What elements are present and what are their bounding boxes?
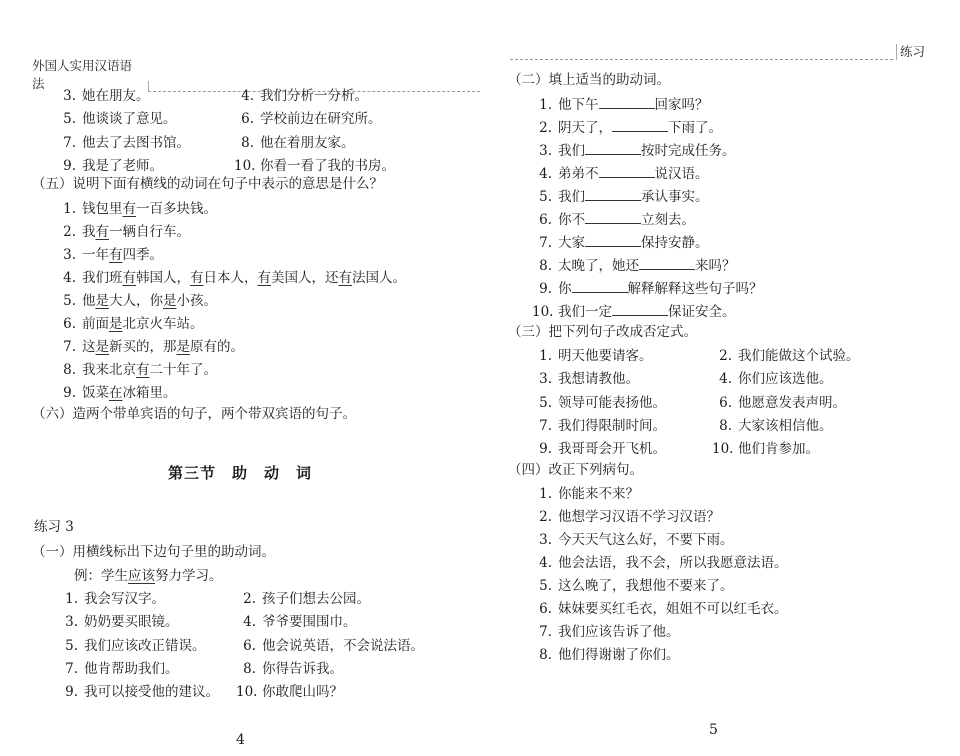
list-item: 9.我是了老师。 — [56, 156, 163, 176]
text-segment: 大家 — [558, 235, 585, 251]
list-item: 8.你得告诉我。 — [236, 659, 343, 679]
item-number: 3. — [56, 245, 76, 265]
running-head: 练习 — [510, 44, 925, 60]
item-number: 9. — [56, 383, 76, 403]
item-number: 7. — [56, 133, 76, 153]
text-segment: 按时完成任务。 — [641, 143, 736, 159]
text-segment: 承认事实。 — [641, 189, 709, 205]
item-number: 3. — [56, 86, 76, 106]
part5-heading: （五）说明下面有横线的动词在句子中表示的意思是什么？ — [32, 174, 383, 194]
list-item: 6.妹妹要买红毛衣，姐姐不可以红毛衣。 — [532, 599, 788, 619]
page-number: 5 — [709, 722, 718, 738]
list-item: 9.我可以接受他的建议。 — [58, 682, 219, 702]
section-title: 第三节 助 动 词 — [0, 462, 480, 483]
fill-in-blank — [612, 117, 668, 132]
item-text: 我哥哥会开飞机。 — [558, 441, 666, 457]
item-text: 你得告诉我。 — [262, 661, 343, 677]
item-number: 9. — [56, 156, 76, 176]
list-item: 4.他会法语，我不会，所以我愿意法语。 — [532, 553, 788, 573]
underlined-word: 在 — [109, 385, 123, 401]
underlined-word: 是 — [177, 339, 191, 355]
list-item: 8.我来北京有二十年了。 — [56, 360, 217, 380]
text-segment: 解释解释这些句子吗？ — [628, 281, 763, 297]
text-segment: 日本人， — [204, 270, 258, 286]
list-item: 8.他在着朋友家。 — [234, 133, 355, 153]
item-number: 2. — [532, 118, 552, 138]
ex2-heading: （二）填上适当的助动词。 — [508, 70, 670, 90]
underlined-word: 是 — [96, 339, 110, 355]
fill-in-blank — [599, 94, 655, 109]
item-number: 7. — [56, 337, 76, 357]
item-number: 4. — [532, 164, 552, 184]
part6-heading: （六）造两个带单宾语的句子，两个带双宾语的句子。 — [32, 404, 356, 424]
list-item: 7.大家保持安静。 — [532, 232, 709, 253]
list-item: 6.他愿意发表声明。 — [712, 393, 846, 413]
text-segment: 他下午 — [558, 97, 599, 113]
text-segment: 这 — [82, 339, 96, 355]
item-number: 3. — [532, 530, 552, 550]
text-segment: 我来北京 — [82, 362, 136, 378]
text-segment: 我们一定 — [558, 304, 612, 320]
item-number: 9. — [58, 682, 78, 702]
list-item: 10.我们一定保证安全。 — [532, 301, 736, 322]
item-number: 10. — [234, 156, 254, 176]
list-item: 10.他们肯参加。 — [712, 439, 819, 459]
text-segment: 我们 — [558, 143, 585, 159]
text-segment: 一辆自行车。 — [109, 224, 190, 240]
text-segment: 北京火车站。 — [123, 316, 204, 332]
list-item: 4.我们班有韩国人，有日本人，有美国人，还有法国人。 — [56, 268, 406, 288]
text-segment: 弟弟不 — [558, 166, 599, 182]
item-text: 明天他要请客。 — [558, 348, 653, 364]
item-text: 爷爷要围围巾。 — [262, 614, 357, 630]
item-text: 领导可能表扬他。 — [558, 395, 666, 411]
right-page: 练习 （二）填上适当的助动词。 1.他下午回家吗？2.阴天了，下雨了。3.我们按… — [480, 0, 960, 756]
list-item: 1.钱包里有一百多块钱。 — [56, 199, 217, 219]
underlined-word: 有 — [96, 224, 110, 240]
text-segment: 保证安全。 — [668, 304, 736, 320]
text-segment: 二十年了。 — [150, 362, 218, 378]
item-number: 2. — [532, 507, 552, 527]
item-number: 6. — [234, 109, 254, 129]
item-number: 6. — [532, 599, 552, 619]
ex1-example: 例：学生应该努力学习。 — [74, 566, 223, 586]
text-segment: 你不 — [558, 212, 585, 228]
list-item: 1.明天他要请客。 — [532, 346, 653, 366]
item-number: 6. — [236, 636, 256, 656]
list-item: 6.他会说英语，不会说法语。 — [236, 636, 424, 656]
text-segment: 来吗？ — [695, 258, 736, 274]
left-page: 外国人实用汉语语法 3.她在朋友。4.我们分析一分析。5.他谈谈了意见。6.学校… — [0, 0, 480, 756]
list-item: 9.饭菜在冰箱里。 — [56, 383, 177, 403]
item-text: 他想学习汉语不学习汉语？ — [558, 509, 720, 525]
item-number: 10. — [532, 302, 552, 322]
underlined-word: 是 — [109, 316, 123, 332]
item-number: 5. — [56, 291, 76, 311]
text-segment: 说汉语。 — [655, 166, 709, 182]
text-segment: 他 — [82, 293, 96, 309]
item-text: 他们肯参加。 — [738, 441, 819, 457]
underlined-word: 是 — [163, 293, 177, 309]
list-item: 1.他下午回家吗？ — [532, 94, 709, 115]
fill-in-blank — [599, 163, 655, 178]
text-segment: 美国人，还 — [271, 270, 339, 286]
text-segment: 下雨了。 — [668, 120, 722, 136]
list-item: 6.学校前边在研究所。 — [234, 109, 382, 129]
item-number: 8. — [234, 133, 254, 153]
item-number: 6. — [712, 393, 732, 413]
list-item: 3.一年有四季。 — [56, 245, 163, 265]
text-segment: 原有的。 — [190, 339, 244, 355]
text-segment: 一百多块钱。 — [136, 201, 217, 217]
item-number: 3. — [532, 141, 552, 161]
item-text: 他肯帮助我们。 — [84, 661, 179, 677]
ex3-heading: （三）把下列句子改成否定式。 — [508, 322, 697, 342]
fill-in-blank — [572, 278, 628, 293]
list-item: 7.这是新买的，那是原有的。 — [56, 337, 244, 357]
fill-in-blank — [585, 232, 641, 247]
underlined-word: 有 — [109, 247, 123, 263]
item-number: 4. — [712, 369, 732, 389]
text-segment: 我 — [82, 224, 96, 240]
item-number: 6. — [56, 314, 76, 334]
item-text: 他在着朋友家。 — [260, 135, 355, 151]
text-segment: 大人，你 — [109, 293, 163, 309]
underlined-word: 是 — [96, 293, 110, 309]
list-item: 5.领导可能表扬他。 — [532, 393, 666, 413]
text-segment: 太晚了，她还 — [558, 258, 639, 274]
text-segment: 小孩。 — [177, 293, 218, 309]
item-number: 6. — [532, 210, 552, 230]
list-item: 3.我想请教他。 — [532, 369, 639, 389]
list-item: 7.他肯帮助我们。 — [58, 659, 179, 679]
item-number: 8. — [532, 256, 552, 276]
item-text: 我们应该改正错误。 — [84, 638, 206, 654]
item-number: 8. — [56, 360, 76, 380]
fill-in-blank — [585, 140, 641, 155]
list-item: 2.孩子们想去公园。 — [236, 589, 370, 609]
item-number: 4. — [532, 553, 552, 573]
item-number: 7. — [532, 416, 552, 436]
text-segment: 一年 — [82, 247, 109, 263]
item-text: 你能来不来？ — [558, 486, 639, 502]
list-item: 8.大家该相信他。 — [712, 416, 833, 436]
list-item: 3.奶奶要买眼镜。 — [58, 612, 179, 632]
item-text: 奶奶要买眼镜。 — [84, 614, 179, 630]
list-item: 10.你敢爬山吗？ — [236, 682, 343, 702]
list-item: 9.我哥哥会开飞机。 — [532, 439, 666, 459]
item-number: 8. — [712, 416, 732, 436]
list-item: 3.我们按时完成任务。 — [532, 140, 736, 161]
exercise-label: 练习 3 — [34, 515, 74, 535]
item-number: 4. — [56, 268, 76, 288]
item-number: 8. — [532, 645, 552, 665]
list-item: 1.你能来不来？ — [532, 484, 639, 504]
item-number: 5. — [532, 576, 552, 596]
underlined-word: 有 — [123, 270, 137, 286]
text-segment: 法国人。 — [352, 270, 406, 286]
list-item: 8.太晚了，她还来吗？ — [532, 255, 736, 276]
list-item: 6.前面是北京火车站。 — [56, 314, 204, 334]
item-text: 他们得谢谢了你们。 — [558, 647, 680, 663]
fill-in-blank — [612, 301, 668, 316]
chapter-label: 练习 — [896, 44, 925, 60]
text-segment: 四季。 — [123, 247, 164, 263]
item-text: 你看一看了我的书房。 — [260, 158, 395, 174]
item-number: 2. — [236, 589, 256, 609]
item-number: 4. — [234, 86, 254, 106]
item-text: 我想请教他。 — [558, 371, 639, 387]
ex1-heading: （一）用横线标出下边句子里的助动词。 — [32, 542, 275, 562]
item-number: 1. — [532, 484, 552, 504]
fill-in-blank — [639, 255, 695, 270]
list-item: 4.你们应该选他。 — [712, 369, 833, 389]
item-text: 我会写汉字。 — [84, 591, 165, 607]
item-text: 你敢爬山吗？ — [262, 684, 343, 700]
item-number: 5. — [58, 636, 78, 656]
item-number: 2. — [56, 222, 76, 242]
item-number: 7. — [58, 659, 78, 679]
text-segment: 钱包里 — [82, 201, 123, 217]
list-item: 9.你解释解释这些句子吗？ — [532, 278, 763, 299]
item-text: 妹妹要买红毛衣，姐姐不可以红毛衣。 — [558, 601, 788, 617]
list-item: 2.我有一辆自行车。 — [56, 222, 190, 242]
list-item: 2.阴天了，下雨了。 — [532, 117, 722, 138]
text-segment: 饭菜 — [82, 385, 109, 401]
item-text: 我是了老师。 — [82, 158, 163, 174]
item-text: 我们应该告诉了他。 — [558, 624, 680, 640]
ex4-heading: （四）改正下列病句。 — [508, 460, 643, 480]
item-text: 他会法语，我不会，所以我愿意法语。 — [558, 555, 788, 571]
item-number: 3. — [58, 612, 78, 632]
underlined-word: 有 — [258, 270, 272, 286]
item-number: 1. — [532, 346, 552, 366]
list-item: 2.我们能做这个试验。 — [712, 346, 860, 366]
item-number: 2. — [712, 346, 732, 366]
text-segment: 前面 — [82, 316, 109, 332]
list-item: 5.这么晚了，我想他不要来了。 — [532, 576, 734, 596]
text-segment: 新买的，那 — [109, 339, 177, 355]
list-item: 4.弟弟不说汉语。 — [532, 163, 709, 184]
item-number: 9. — [532, 439, 552, 459]
item-text: 他去了去图书馆。 — [82, 135, 190, 151]
fill-in-blank — [585, 209, 641, 224]
list-item: 3.她在朋友。 — [56, 86, 150, 106]
list-item: 7.他去了去图书馆。 — [56, 133, 190, 153]
list-item: 5.他谈谈了意见。 — [56, 109, 177, 129]
underlined-word: 有 — [123, 201, 137, 217]
list-item: 4.我们分析一分析。 — [234, 86, 368, 106]
item-number: 5. — [56, 109, 76, 129]
text-segment: 冰箱里。 — [123, 385, 177, 401]
list-item: 5.他是大人，你是小孩。 — [56, 291, 217, 311]
item-number: 5. — [532, 393, 552, 413]
text-segment: 你 — [558, 281, 572, 297]
fill-in-blank — [585, 186, 641, 201]
text-segment: 回家吗？ — [655, 97, 709, 113]
item-text: 她在朋友。 — [82, 88, 150, 104]
item-text: 大家该相信他。 — [738, 418, 833, 434]
item-text: 我们能做这个试验。 — [738, 348, 860, 364]
list-item: 3.今天天气这么好，不要下雨。 — [532, 530, 734, 550]
text-segment: 我们 — [558, 189, 585, 205]
text-segment: 保持安静。 — [641, 235, 709, 251]
header-rule — [510, 45, 893, 60]
underlined-word: 有 — [136, 362, 150, 378]
item-text: 今天天气这么好，不要下雨。 — [558, 532, 734, 548]
list-item: 5.我们应该改正错误。 — [58, 636, 206, 656]
underlined-word: 有 — [190, 270, 204, 286]
underlined-word: 应该 — [128, 568, 155, 584]
list-item: 7.我们得限制时间。 — [532, 416, 666, 436]
page-number: 4 — [236, 732, 245, 748]
text-segment: 立刻去。 — [641, 212, 695, 228]
item-number: 10. — [236, 682, 256, 702]
item-number: 3. — [532, 369, 552, 389]
underlined-word: 有 — [339, 270, 353, 286]
text-segment: 阴天了， — [558, 120, 612, 136]
item-text: 这么晚了，我想他不要来了。 — [558, 578, 734, 594]
item-text: 你们应该选他。 — [738, 371, 833, 387]
item-number: 1. — [58, 589, 78, 609]
item-text: 我们分析一分析。 — [260, 88, 368, 104]
list-item: 1.我会写汉字。 — [58, 589, 165, 609]
list-item: 2.他想学习汉语不学习汉语？ — [532, 507, 720, 527]
item-number: 5. — [532, 187, 552, 207]
item-number: 4. — [236, 612, 256, 632]
item-text: 学校前边在研究所。 — [260, 111, 382, 127]
list-item: 6.你不立刻去。 — [532, 209, 695, 230]
item-number: 9. — [532, 279, 552, 299]
text-segment: 努力学习。 — [155, 568, 223, 584]
item-text: 我们得限制时间。 — [558, 418, 666, 434]
item-number: 1. — [56, 199, 76, 219]
item-text: 孩子们想去公园。 — [262, 591, 370, 607]
item-number: 7. — [532, 233, 552, 253]
text-segment: 我们班 — [82, 270, 123, 286]
list-item: 10.你看一看了我的书房。 — [234, 156, 395, 176]
item-number: 10. — [712, 439, 732, 459]
list-item: 8.他们得谢谢了你们。 — [532, 645, 680, 665]
item-text: 他愿意发表声明。 — [738, 395, 846, 411]
list-item: 4.爷爷要围围巾。 — [236, 612, 357, 632]
item-number: 8. — [236, 659, 256, 679]
item-text: 他谈谈了意见。 — [82, 111, 177, 127]
list-item: 7.我们应该告诉了他。 — [532, 622, 680, 642]
item-text: 他会说英语，不会说法语。 — [262, 638, 424, 654]
item-number: 7. — [532, 622, 552, 642]
text-segment: 韩国人， — [136, 270, 190, 286]
text-segment: 例：学生 — [74, 568, 128, 584]
list-item: 5.我们承认事实。 — [532, 186, 709, 207]
item-number: 1. — [532, 95, 552, 115]
item-text: 我可以接受他的建议。 — [84, 684, 219, 700]
